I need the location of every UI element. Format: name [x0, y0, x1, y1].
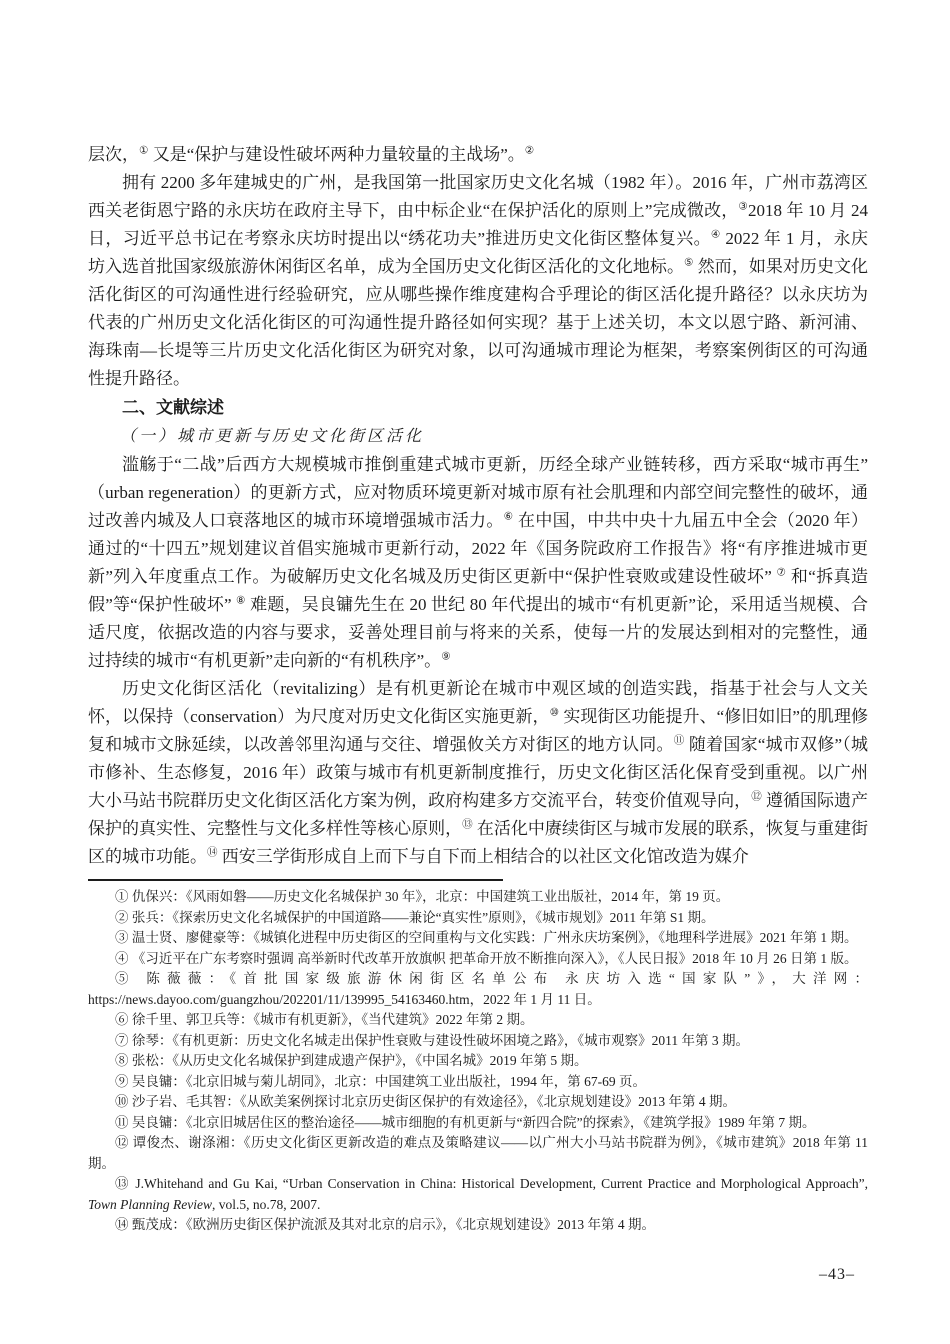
footnote-item: ② 张兵：《探索历史文化名城保护的中国道路——兼论“真实性”原则》，《城市规划》…: [88, 908, 868, 929]
footnote-item: ⑭ 甄茂成：《欧洲历史街区保护流派及其对北京的启示》，《北京规划建设》2013 …: [88, 1215, 868, 1236]
subsection-heading: （一）城市更新与历史文化街区活化: [88, 422, 868, 451]
footnote-number: ①: [115, 889, 132, 904]
footnote-item: ④ 《习近平在广东考察时强调 高举新时代改革开放旗帜 把革命开放不断推向深入》，…: [88, 949, 868, 970]
paragraph-revitalizing: 历史文化街区活化（revitalizing）是有机更新论在城市中观区域的创造实践…: [88, 675, 868, 871]
footnote-item: ⑤ 陈薇薇：《首批国家级旅游休闲街区名单公布 永庆坊入选“国家队”》，大洋网：h…: [88, 969, 868, 1010]
footnote-number: ⑨: [115, 1074, 132, 1089]
footnote-item: ⑬ J.Whitehand and Gu Kai, “Urban Conserv…: [88, 1174, 868, 1215]
paragraph-guangzhou-intro: 拥有 2200 多年建城史的广州，是我国第一批国家历史文化名城（1982 年）。…: [88, 169, 868, 393]
footnote-item: ③ 温士贤、廖健豪等：《城镇化进程中历史街区的空间重构与文化实践：广州永庆坊案例…: [88, 928, 868, 949]
paragraph-urban-renewal: 滥觞于“二战”后西方大规模城市推倒重建式城市更新，历经全球产业链转移，西方采取“…: [88, 451, 868, 675]
footnote-number: ⑫: [115, 1135, 133, 1150]
footnote-number: ②: [115, 910, 132, 925]
footnote-item: ⑨ 吴良镛：《北京旧城与菊儿胡同》，北京：中国建筑工业出版社，1994 年，第 …: [88, 1072, 868, 1093]
footnote-number: ⑤: [115, 971, 146, 986]
footnote-item: ⑩ 沙子岩、毛其智：《从欧美案例探讨北京历史街区保护的有效途径》，《北京规划建设…: [88, 1092, 868, 1113]
footnote-number: ⑭: [115, 1217, 132, 1232]
page-number: –43–: [819, 1266, 855, 1284]
footnote-item: ⑪ 吴良镛：《北京旧城居住区的整治途径——城市细胞的有机更新与“新四合院”的探索…: [88, 1113, 868, 1134]
footnote-number: ⑬: [115, 1176, 135, 1191]
footnote-number: ⑧: [115, 1053, 132, 1068]
footnote-number: ④: [115, 951, 132, 966]
footnote-number: ③: [115, 930, 132, 945]
footnote-number: ⑥: [115, 1012, 132, 1027]
footnote-number: ⑪: [115, 1115, 132, 1130]
footnote-item: ⑥ 徐千里、郭卫兵等：《城市有机更新》，《当代建筑》2022 年第 2 期。: [88, 1010, 868, 1031]
footnote-separator: [88, 879, 503, 881]
footnote-item: ⑫ 谭俊杰、谢涤湘：《历史文化街区更新改造的难点及策略建议——以广州大小马站书院…: [88, 1133, 868, 1174]
footnote-item: ① 仇保兴：《风雨如磐——历史文化名城保护 30 年》，北京：中国建筑工业出版社…: [88, 887, 868, 908]
section-heading: 二、文献综述: [88, 393, 868, 422]
footnote-number: ⑦: [115, 1033, 132, 1048]
page: 层次，① 又是“保护与建设性破坏两种力量较量的主战场”。② 拥有 2200 多年…: [0, 0, 950, 1344]
footnote-item: ⑦ 徐琴：《有机更新：历史文化名城走出保护性衰败与建设性破坏困境之路》，《城市观…: [88, 1031, 868, 1052]
footnotes: ① 仇保兴：《风雨如磐——历史文化名城保护 30 年》，北京：中国建筑工业出版社…: [88, 887, 868, 1236]
footnote-item: ⑧ 张松：《从历史文化名城保护到建成遗产保护》，《中国名城》2019 年第 5 …: [88, 1051, 868, 1072]
footnote-number: ⑩: [115, 1094, 132, 1109]
paragraph-continuation: 层次，① 又是“保护与建设性破坏两种力量较量的主战场”。②: [88, 141, 868, 169]
text-column: 层次，① 又是“保护与建设性破坏两种力量较量的主战场”。② 拥有 2200 多年…: [88, 141, 868, 1236]
